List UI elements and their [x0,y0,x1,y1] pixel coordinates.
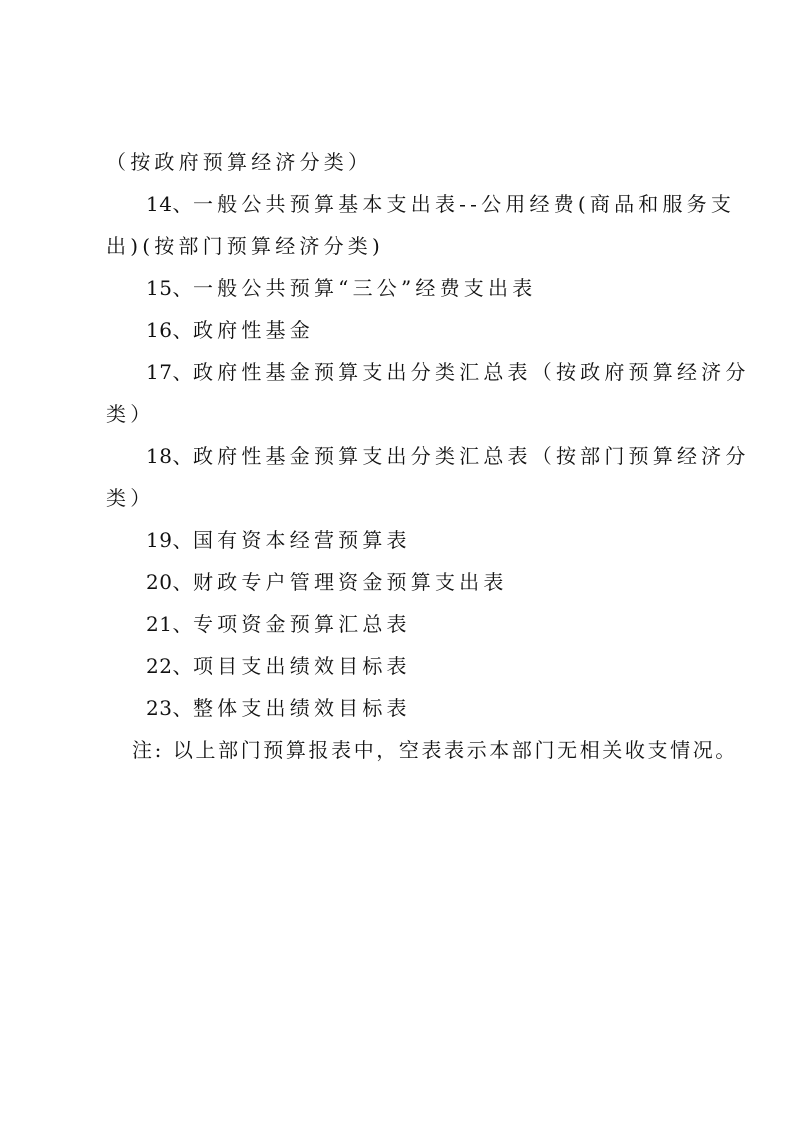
item-title: 一般公共预算“三公”经费支出表 [193,276,536,300]
list-item-17: 17、政府性基金预算支出分类汇总表（按政府预算经济分 [146,360,750,384]
list-item-16: 16、政府性基金 [146,318,314,342]
list-item-23: 23、整体支出绩效目标表 [146,696,411,720]
item-title: 政府性基金 [193,318,314,342]
continuation-line: （按政府预算经济分类） [106,150,372,174]
item-title: 整体支出绩效目标表 [193,696,411,720]
list-item-18-continuation: 类） [106,486,154,510]
document-page: （按政府预算经济分类） 14、一般公共预算基本支出表--公用经费(商品和服务支 … [0,0,793,1122]
item-number: 18、 [146,444,193,468]
list-item-15: 15、一般公共预算“三公”经费支出表 [146,276,536,300]
item-number: 20、 [146,570,193,594]
list-item-21: 21、专项资金预算汇总表 [146,612,411,636]
item-title: 财政专户管理资金预算支出表 [193,570,508,594]
item-number: 21、 [146,612,193,636]
item-number: 23、 [146,696,193,720]
item-title: 政府性基金预算支出分类汇总表（按部门预算经济分 [193,444,750,468]
item-number: 15、 [146,276,193,300]
item-title: 项目支出绩效目标表 [193,654,411,678]
item-title-continuation: 出)(按部门预算经济分类) [106,234,384,258]
list-item-17-continuation: 类） [106,402,154,426]
list-item-18: 18、政府性基金预算支出分类汇总表（按部门预算经济分 [146,444,750,468]
item-number: 14、 [146,192,193,216]
item-number: 22、 [146,654,193,678]
item-title: 政府性基金预算支出分类汇总表（按政府预算经济分 [193,360,750,384]
continuation-text: （按政府预算经济分类） [106,150,372,174]
item-number: 17、 [146,360,193,384]
list-item-19: 19、国有资本经营预算表 [146,528,411,552]
list-item-20: 20、财政专户管理资金预算支出表 [146,570,508,594]
item-title: 国有资本经营预算表 [193,528,411,552]
list-item-22: 22、项目支出绩效目标表 [146,654,411,678]
item-title: 一般公共预算基本支出表--公用经费(商品和服务支 [193,192,735,216]
item-number: 19、 [146,528,193,552]
footnote: 注: 以上部门预算报表中，空表表示本部门无相关收支情况。 [132,738,738,762]
item-title: 专项资金预算汇总表 [193,612,411,636]
footnote-text: 注: 以上部门预算报表中，空表表示本部门无相关收支情况。 [132,738,738,762]
item-number: 16、 [146,318,193,342]
item-title-continuation: 类） [106,402,154,426]
item-title-continuation: 类） [106,486,154,510]
list-item-14-continuation: 出)(按部门预算经济分类) [106,234,384,258]
list-item-14: 14、一般公共预算基本支出表--公用经费(商品和服务支 [146,192,735,216]
